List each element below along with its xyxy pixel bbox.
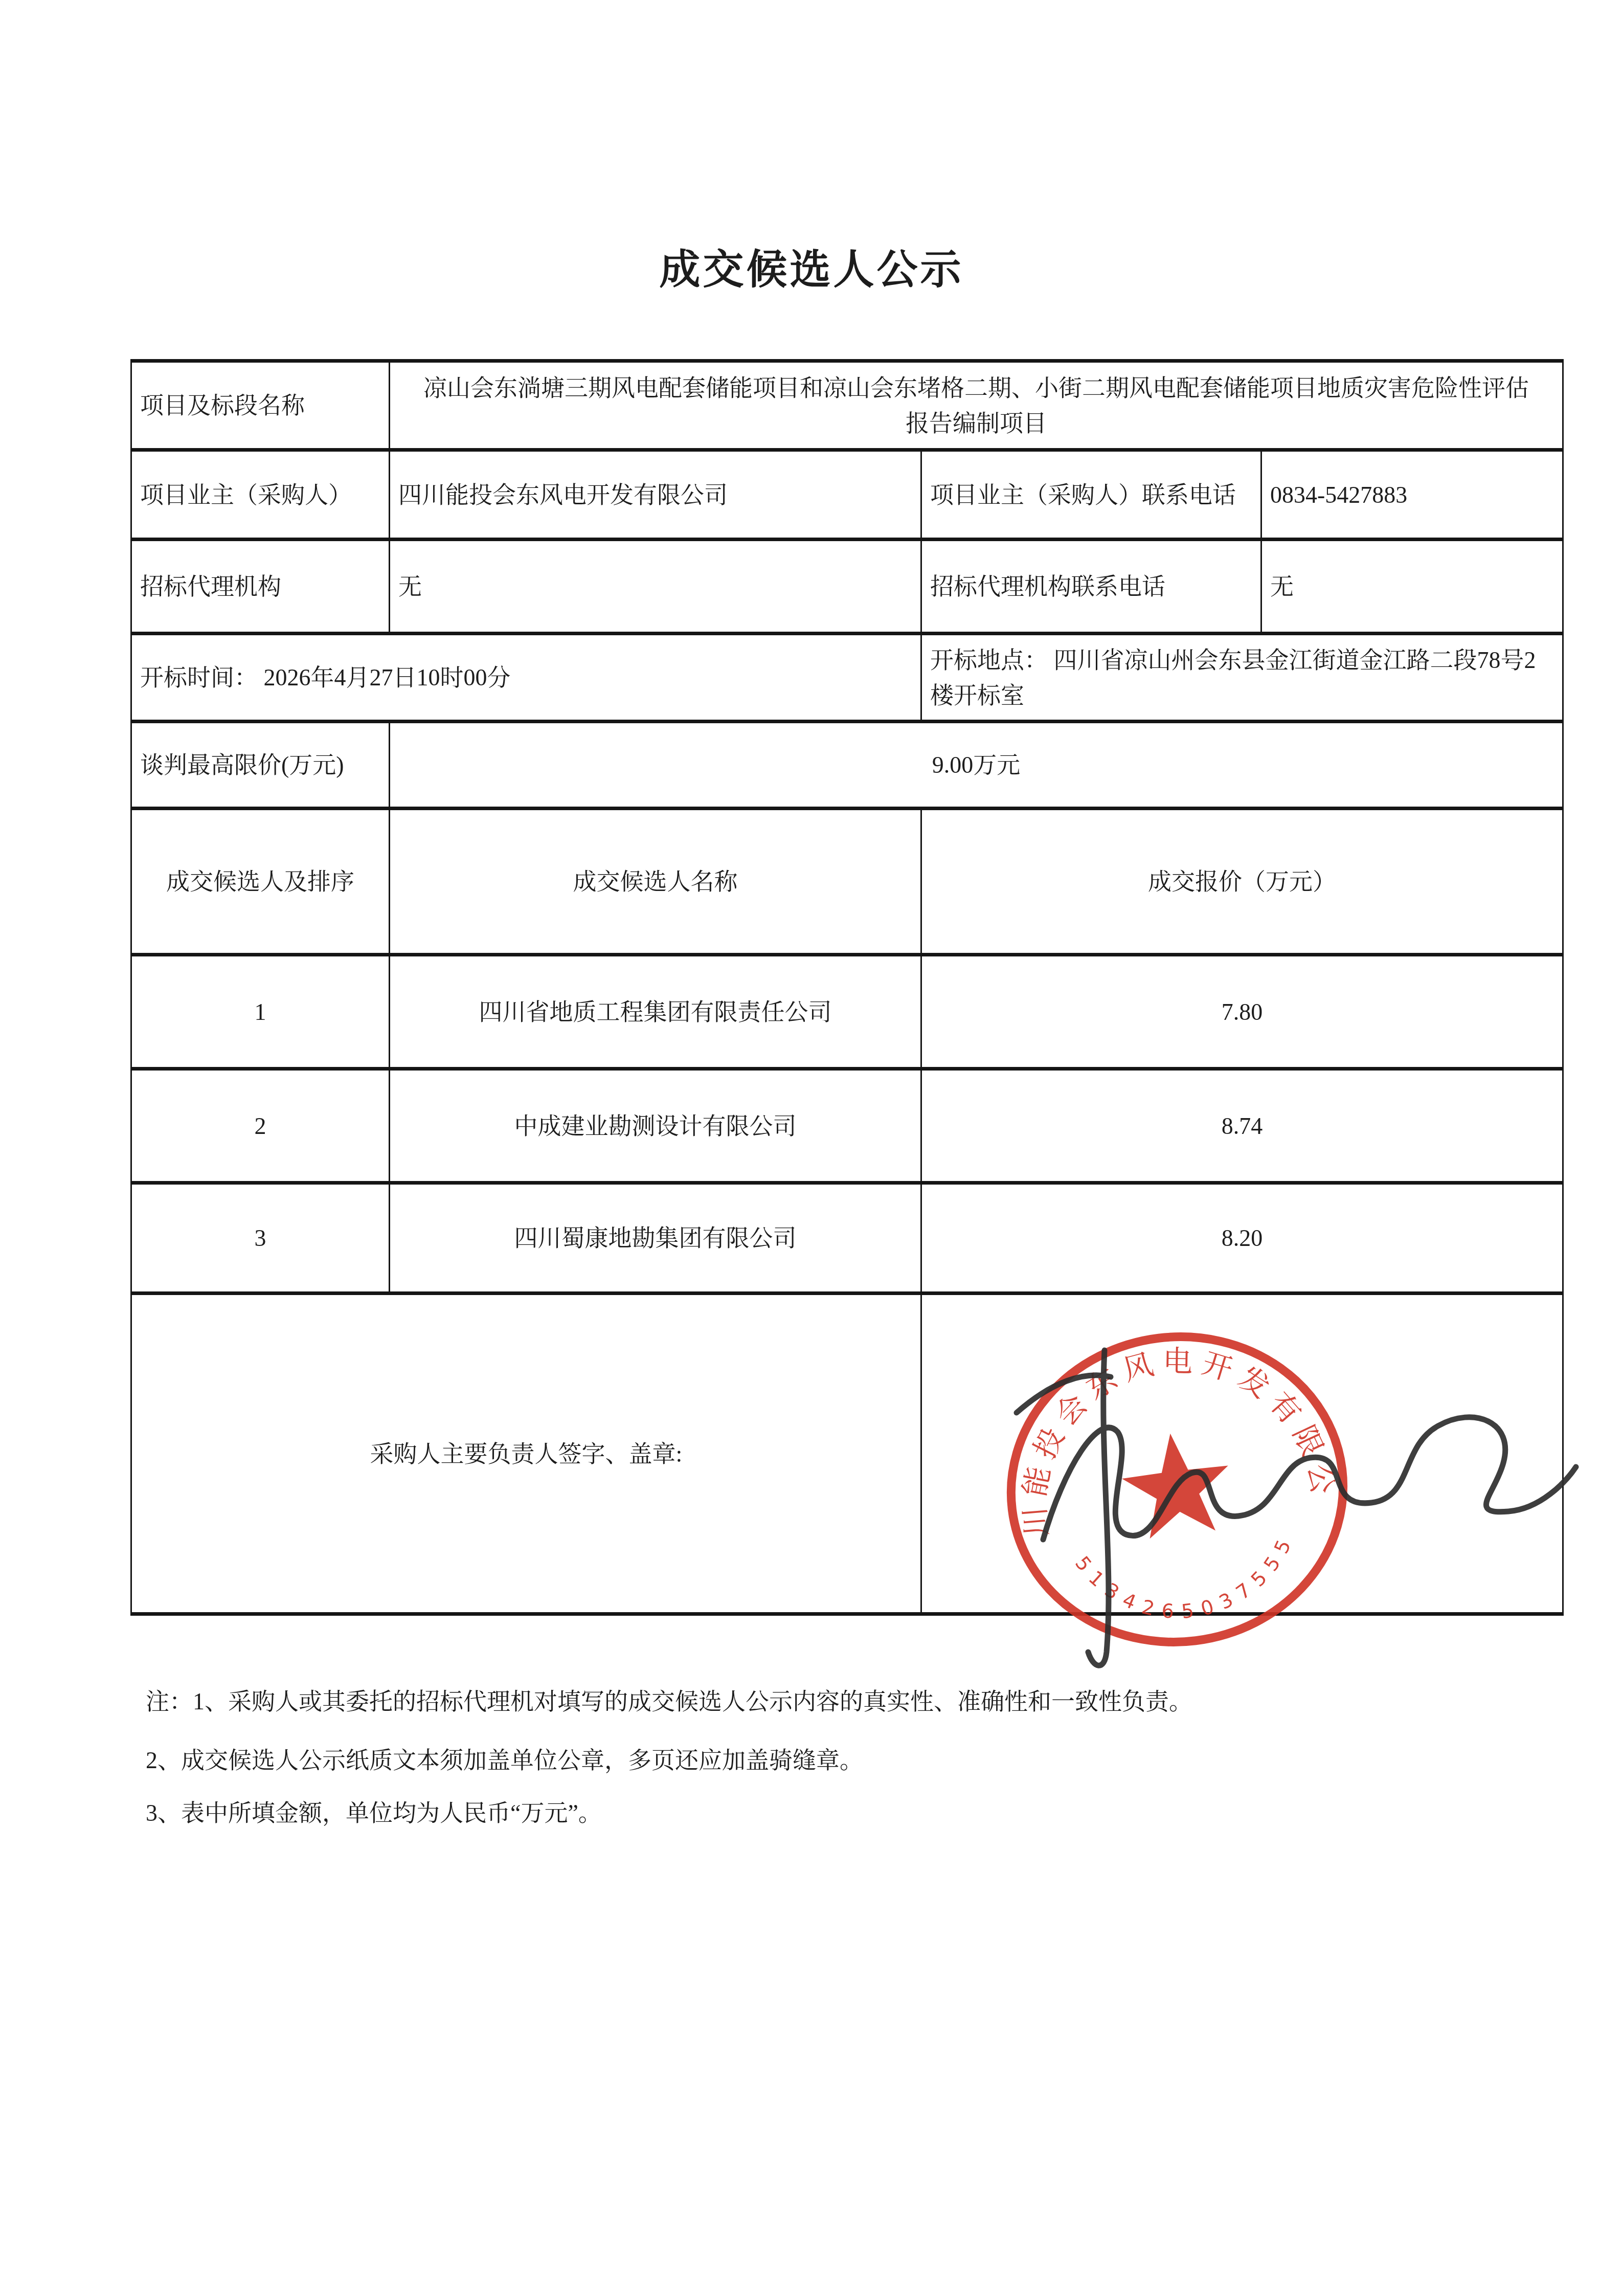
document-page: 成交候选人公示 项目及标段名称 凉山会东淌塘三期风电配套储能项目和凉山会东堵格二…: [0, 0, 1623, 2296]
candidate-row-1: 1 四川省地质工程集团有限责任公司 7.80: [131, 955, 1563, 1069]
row-agency: 招标代理机构 无 招标代理机构联系电话 无: [131, 540, 1563, 634]
candidate-rank: 3: [131, 1183, 390, 1294]
candidate-row-3: 3 四川蜀康地勘集团有限公司 8.20: [131, 1183, 1563, 1294]
candidate-name: 四川省地质工程集团有限责任公司: [390, 955, 921, 1069]
project-value-cell: 凉山会东淌塘三期风电配套储能项目和凉山会东堵格二期、小街二期风电配套储能项目地质…: [390, 361, 1563, 450]
header-name: 成交候选人名称: [390, 809, 921, 955]
owner-label: 项目业主（采购人）: [131, 450, 390, 540]
max-price-label: 谈判最高限价(万元): [131, 722, 390, 809]
candidate-rank: 1: [131, 955, 390, 1069]
agency-label: 招标代理机构: [131, 540, 390, 634]
owner-phone-label: 项目业主（采购人）联系电话: [921, 450, 1261, 540]
owner-value: 四川能投会东风电开发有限公司: [390, 450, 921, 540]
row-signature: 采购人主要负责人签字、盖章:: [131, 1294, 1563, 1614]
row-owner: 项目业主（采购人） 四川能投会东风电开发有限公司 项目业主（采购人）联系电话 0…: [131, 450, 1563, 540]
project-label: 项目及标段名称: [131, 361, 390, 450]
row-project: 项目及标段名称 凉山会东淌塘三期风电配套储能项目和凉山会东堵格二期、小街二期风电…: [131, 361, 1563, 450]
row-candidate-header: 成交候选人及排序 成交候选人名称 成交报价（万元）: [131, 809, 1563, 955]
agency-phone-value: 无: [1261, 540, 1563, 634]
sign-label: 采购人主要负责人签字、盖章:: [131, 1294, 921, 1614]
bid-place: 开标地点： 四川省凉山州会东县金江街道金江路二段78号2楼开标室: [921, 634, 1563, 722]
candidate-name: 中成建业勘测设计有限公司: [390, 1069, 921, 1183]
header-rank: 成交候选人及排序: [131, 809, 390, 955]
agency-phone-label: 招标代理机构联系电话: [921, 540, 1261, 634]
candidate-row-2: 2 中成建业勘测设计有限公司 8.74: [131, 1069, 1563, 1183]
max-price-value: 9.00万元: [390, 722, 1563, 809]
candidate-rank: 2: [131, 1069, 390, 1183]
note-1: 注：1、采购人或其委托的招标代理机对填写的成交候选人公示内容的真实性、准确性和一…: [146, 1683, 1192, 1717]
agency-value: 无: [390, 540, 921, 634]
announcement-table: 项目及标段名称 凉山会东淌塘三期风电配套储能项目和凉山会东堵格二期、小街二期风电…: [130, 359, 1564, 1616]
note-3: 3、表中所填金额，单位均为人民币“万元”。: [146, 1794, 602, 1828]
candidate-price: 7.80: [921, 955, 1563, 1069]
project-value: 凉山会东淌塘三期风电配套储能项目和凉山会东堵格二期、小街二期风电配套储能项目地质…: [419, 370, 1534, 441]
candidate-name: 四川蜀康地勘集团有限公司: [390, 1183, 921, 1294]
header-price: 成交报价（万元）: [921, 809, 1563, 955]
candidate-price: 8.74: [921, 1069, 1563, 1183]
note-2: 2、成交候选人公示纸质文本须加盖单位公章，多页还应加盖骑缝章。: [146, 1742, 863, 1775]
candidate-price: 8.20: [921, 1183, 1563, 1294]
owner-phone-value: 0834-5427883: [1261, 450, 1563, 540]
row-max-price: 谈判最高限价(万元) 9.00万元: [131, 722, 1563, 809]
row-bid-open: 开标时间： 2026年4月27日10时00分 开标地点： 四川省凉山州会东县金江…: [131, 634, 1563, 722]
stamp-cell: [921, 1294, 1563, 1614]
bid-time: 开标时间： 2026年4月27日10时00分: [131, 634, 921, 722]
page-title: 成交候选人公示: [0, 236, 1623, 295]
